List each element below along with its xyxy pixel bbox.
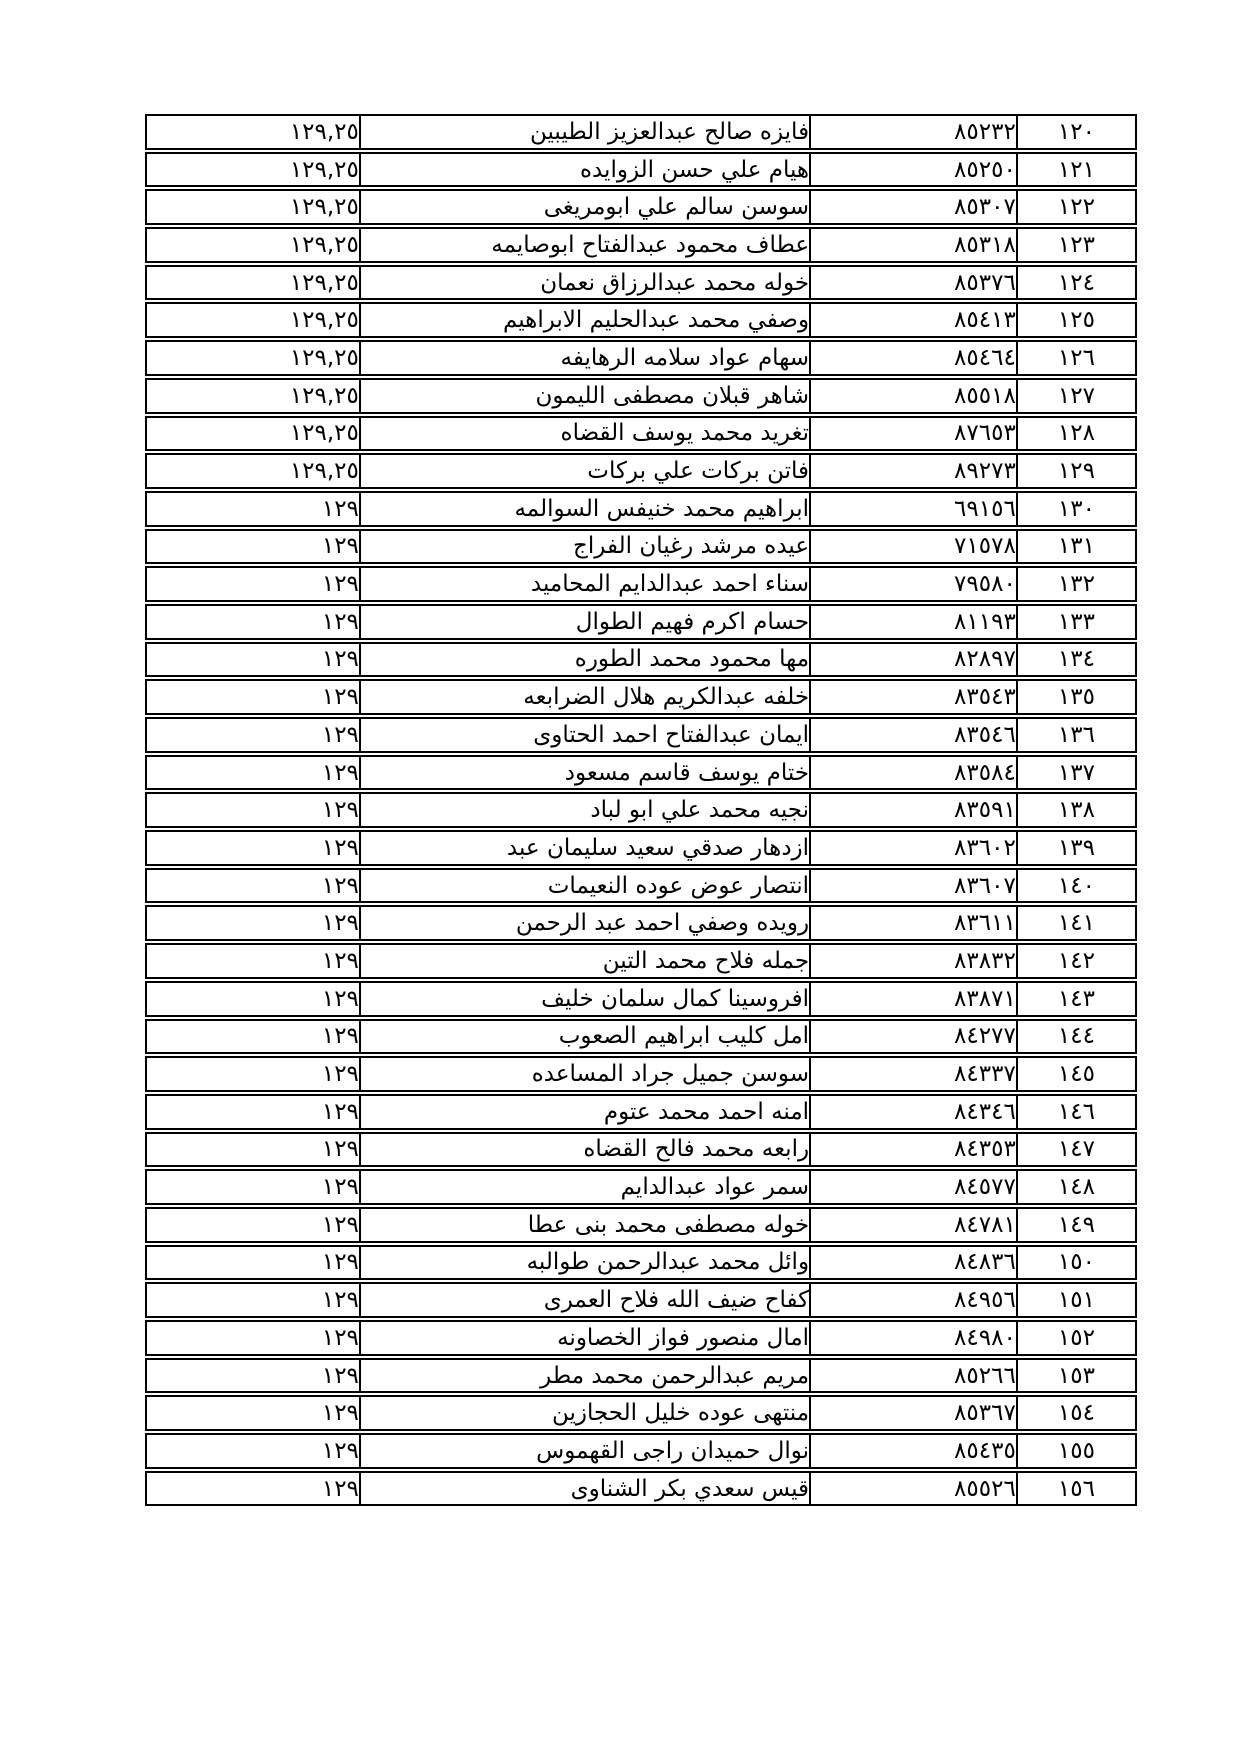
candidate-id-cell: ٧١٥٧٨: [809, 529, 1016, 565]
row-number-cell: ١٢٥: [1016, 302, 1137, 338]
candidate-id-cell: ٨٣٦١١: [809, 905, 1016, 941]
row-number-cell: ١٣١: [1016, 529, 1137, 565]
table-row: ١٤٣ ٨٣٨٧١ افروسينا كمال سلمان خليف ١٢٩: [145, 981, 1137, 1017]
score-cell: ١٢٩: [145, 1094, 359, 1130]
table-row: ١٣٤ ٨٢٨٩٧ مها محمود محمد الطوره ١٢٩: [145, 642, 1137, 678]
table-row: ١٢٢ ٨٥٣٠٧ سوسن سالم علي ابومريغى ١٢٩,٢٥: [145, 189, 1137, 225]
row-number-cell: ١٤٥: [1016, 1056, 1137, 1092]
table-row: ١٤٤ ٨٤٢٧٧ امل كليب ابراهيم الصعوب ١٢٩: [145, 1019, 1137, 1055]
score-cell: ١٢٩: [145, 1245, 359, 1281]
candidate-name-cell: افروسينا كمال سلمان خليف: [359, 981, 809, 1017]
row-number-cell: ١٢٢: [1016, 189, 1137, 225]
candidate-id-cell: ٨٥٢٥٠: [809, 152, 1016, 188]
candidate-name-cell: قيس سعدي بكر الشناوى: [359, 1471, 809, 1507]
row-number-cell: ١٣٨: [1016, 792, 1137, 828]
candidate-id-cell: ٨٥٣٠٧: [809, 189, 1016, 225]
table-row: ١٥١ ٨٤٩٥٦ كفاح ضيف الله فلاح العمرى ١٢٩: [145, 1282, 1137, 1318]
table-row: ١٤١ ٨٣٦١١ رويده وصفي احمد عبد الرحمن ١٢٩: [145, 905, 1137, 941]
candidate-name-cell: امل كليب ابراهيم الصعوب: [359, 1019, 809, 1055]
candidate-id-cell: ٨٥٢٣٢: [809, 114, 1016, 150]
candidate-name-cell: سمر عواد عبدالدايم: [359, 1169, 809, 1205]
row-number-cell: ١٢٧: [1016, 378, 1137, 414]
table-row: ١٢٠ ٨٥٢٣٢ فايزه صالح عبدالعزيز الطيبين ١…: [145, 114, 1137, 150]
document-page: ١٢٠ ٨٥٢٣٢ فايزه صالح عبدالعزيز الطيبين ١…: [0, 0, 1240, 1754]
score-cell: ١٢٩,٢٥: [145, 340, 359, 376]
table-row: ١٤٨ ٨٤٥٧٧ سمر عواد عبدالدايم ١٢٩: [145, 1169, 1137, 1205]
score-cell: ١٢٩: [145, 529, 359, 565]
row-number-cell: ١٤٩: [1016, 1207, 1137, 1243]
score-cell: ١٢٩: [145, 755, 359, 791]
candidate-name-cell: سوسن سالم علي ابومريغى: [359, 189, 809, 225]
table-row: ١٣٦ ٨٣٥٤٦ ايمان عبدالفتاح احمد الحتاوى ١…: [145, 717, 1137, 753]
row-number-cell: ١٥١: [1016, 1282, 1137, 1318]
row-number-cell: ١٣٢: [1016, 566, 1137, 602]
score-cell: ١٢٩,٢٥: [145, 302, 359, 338]
score-cell: ١٢٩,٢٥: [145, 416, 359, 452]
candidate-name-cell: رويده وصفي احمد عبد الرحمن: [359, 905, 809, 941]
score-cell: ١٢٩,٢٥: [145, 189, 359, 225]
candidate-name-cell: امنه احمد محمد عتوم: [359, 1094, 809, 1130]
score-cell: ١٢٩,٢٥: [145, 152, 359, 188]
candidate-id-cell: ٨٥٤١٣: [809, 302, 1016, 338]
candidate-name-cell: كفاح ضيف الله فلاح العمرى: [359, 1282, 809, 1318]
table-row: ١٥٠ ٨٤٨٣٦ وائل محمد عبدالرحمن طوالبه ١٢٩: [145, 1245, 1137, 1281]
candidate-name-cell: شاهر قبلان مصطفى الليمون: [359, 378, 809, 414]
table-row: ١٢١ ٨٥٢٥٠ هيام علي حسن الزوايده ١٢٩,٢٥: [145, 152, 1137, 188]
candidate-name-cell: ايمان عبدالفتاح احمد الحتاوى: [359, 717, 809, 753]
score-cell: ١٢٩: [145, 1395, 359, 1431]
score-cell: ١٢٩: [145, 1320, 359, 1356]
candidate-name-cell: وائل محمد عبدالرحمن طوالبه: [359, 1245, 809, 1281]
row-number-cell: ١٣٤: [1016, 642, 1137, 678]
candidate-id-cell: ٨٣٥٨٤: [809, 755, 1016, 791]
row-number-cell: ١٣٥: [1016, 679, 1137, 715]
results-table-body: ١٢٠ ٨٥٢٣٢ فايزه صالح عبدالعزيز الطيبين ١…: [145, 114, 1137, 1506]
row-number-cell: ١٤٦: [1016, 1094, 1137, 1130]
candidate-id-cell: ٨٤٩٨٠: [809, 1320, 1016, 1356]
row-number-cell: ١٥٤: [1016, 1395, 1137, 1431]
row-number-cell: ١٣٩: [1016, 830, 1137, 866]
candidate-id-cell: ٨٤٧٨١: [809, 1207, 1016, 1243]
results-table: ١٢٠ ٨٥٢٣٢ فايزه صالح عبدالعزيز الطيبين ١…: [145, 112, 1137, 1508]
score-cell: ١٢٩: [145, 1282, 359, 1318]
candidate-name-cell: فاتن بركات علي بركات: [359, 453, 809, 489]
candidate-id-cell: ٨٤٩٥٦: [809, 1282, 1016, 1318]
row-number-cell: ١٥٦: [1016, 1471, 1137, 1507]
score-cell: ١٢٩: [145, 905, 359, 941]
candidate-name-cell: حسام اكرم فهيم الطوال: [359, 604, 809, 640]
candidate-name-cell: مها محمود محمد الطوره: [359, 642, 809, 678]
candidate-name-cell: خوله محمد عبدالرزاق نعمان: [359, 265, 809, 301]
candidate-name-cell: انتصار عوض عوده النعيمات: [359, 868, 809, 904]
candidate-id-cell: ٨٥٢٦٦: [809, 1358, 1016, 1394]
candidate-id-cell: ٨٥٥٢٦: [809, 1471, 1016, 1507]
score-cell: ١٢٩: [145, 1471, 359, 1507]
candidate-id-cell: ٨٣٥٤٣: [809, 679, 1016, 715]
candidate-name-cell: منتهى عوده خليل الحجازين: [359, 1395, 809, 1431]
row-number-cell: ١٢٦: [1016, 340, 1137, 376]
candidate-name-cell: وصفي محمد عبدالحليم الابراهيم: [359, 302, 809, 338]
candidate-id-cell: ٧٩٥٨٠: [809, 566, 1016, 602]
candidate-id-cell: ٨٤٣٣٧: [809, 1056, 1016, 1092]
table-row: ١٣٢ ٧٩٥٨٠ سناء احمد عبدالدايم المحاميد ١…: [145, 566, 1137, 602]
row-number-cell: ١٥٣: [1016, 1358, 1137, 1394]
score-cell: ١٢٩: [145, 679, 359, 715]
candidate-id-cell: ٨٤٨٣٦: [809, 1245, 1016, 1281]
candidate-name-cell: مريم عبدالرحمن محمد مطر: [359, 1358, 809, 1394]
candidate-name-cell: ابراهيم محمد خنيفس السوالمه: [359, 491, 809, 527]
candidate-name-cell: نجيه محمد علي ابو لباد: [359, 792, 809, 828]
candidate-id-cell: ٨٣٨٣٢: [809, 943, 1016, 979]
score-cell: ١٢٩: [145, 1132, 359, 1168]
row-number-cell: ١٥٠: [1016, 1245, 1137, 1281]
table-row: ١٣٧ ٨٣٥٨٤ ختام يوسف قاسم مسعود ١٢٩: [145, 755, 1137, 791]
table-row: ١٤٦ ٨٤٣٤٦ امنه احمد محمد عتوم ١٢٩: [145, 1094, 1137, 1130]
score-cell: ١٢٩,٢٥: [145, 265, 359, 301]
row-number-cell: ١٥٢: [1016, 1320, 1137, 1356]
score-cell: ١٢٩,٢٥: [145, 453, 359, 489]
candidate-name-cell: سوسن جميل جراد المساعده: [359, 1056, 809, 1092]
candidate-id-cell: ٨٣٨٧١: [809, 981, 1016, 1017]
candidate-name-cell: تغريد محمد يوسف القضاه: [359, 416, 809, 452]
candidate-name-cell: ختام يوسف قاسم مسعود: [359, 755, 809, 791]
candidate-name-cell: خلفه عبدالكريم هلال الضرابعه: [359, 679, 809, 715]
score-cell: ١٢٩: [145, 830, 359, 866]
table-row: ١٤٩ ٨٤٧٨١ خوله مصطفى محمد بنى عطا ١٢٩: [145, 1207, 1137, 1243]
row-number-cell: ١٤٤: [1016, 1019, 1137, 1055]
score-cell: ١٢٩,٢٥: [145, 378, 359, 414]
table-row: ١٥٦ ٨٥٥٢٦ قيس سعدي بكر الشناوى ١٢٩: [145, 1471, 1137, 1507]
candidate-id-cell: ٨٤٣٥٣: [809, 1132, 1016, 1168]
score-cell: ١٢٩: [145, 642, 359, 678]
candidate-name-cell: نوال حميدان راجى القهموس: [359, 1433, 809, 1469]
row-number-cell: ١٢٠: [1016, 114, 1137, 150]
candidate-name-cell: سناء احمد عبدالدايم المحاميد: [359, 566, 809, 602]
row-number-cell: ١٤٣: [1016, 981, 1137, 1017]
candidate-id-cell: ٨١١٩٣: [809, 604, 1016, 640]
score-cell: ١٢٩: [145, 717, 359, 753]
table-row: ١٥٢ ٨٤٩٨٠ امال منصور فواز الخصاونه ١٢٩: [145, 1320, 1137, 1356]
table-row: ١٤٧ ٨٤٣٥٣ رابعه محمد فالح القضاه ١٢٩: [145, 1132, 1137, 1168]
candidate-id-cell: ٨٧٦٥٣: [809, 416, 1016, 452]
row-number-cell: ١٣٣: [1016, 604, 1137, 640]
candidate-name-cell: خوله مصطفى محمد بنى عطا: [359, 1207, 809, 1243]
candidate-name-cell: جمله فلاح محمد التين: [359, 943, 809, 979]
candidate-id-cell: ٨٥٣٦٧: [809, 1395, 1016, 1431]
row-number-cell: ١٣٧: [1016, 755, 1137, 791]
candidate-name-cell: فايزه صالح عبدالعزيز الطيبين: [359, 114, 809, 150]
table-row: ١٢٦ ٨٥٤٦٤ سهام عواد سلامه الرهايفه ١٢٩,٢…: [145, 340, 1137, 376]
score-cell: ١٢٩: [145, 1358, 359, 1394]
row-number-cell: ١٢١: [1016, 152, 1137, 188]
candidate-id-cell: ٨٣٦٠٧: [809, 868, 1016, 904]
row-number-cell: ١٢٨: [1016, 416, 1137, 452]
table-row: ١٣٨ ٨٣٥٩١ نجيه محمد علي ابو لباد ١٢٩: [145, 792, 1137, 828]
candidate-id-cell: ٨٩٢٧٣: [809, 453, 1016, 489]
table-row: ١٣٥ ٨٣٥٤٣ خلفه عبدالكريم هلال الضرابعه ١…: [145, 679, 1137, 715]
score-cell: ١٢٩: [145, 981, 359, 1017]
candidate-name-cell: عيده مرشد رغيان الفراج: [359, 529, 809, 565]
table-row: ١٢٩ ٨٩٢٧٣ فاتن بركات علي بركات ١٢٩,٢٥: [145, 453, 1137, 489]
score-cell: ١٢٩: [145, 1433, 359, 1469]
score-cell: ١٢٩,٢٥: [145, 227, 359, 263]
row-number-cell: ١٣٠: [1016, 491, 1137, 527]
score-cell: ١٢٩: [145, 1019, 359, 1055]
row-number-cell: ١٤١: [1016, 905, 1137, 941]
candidate-id-cell: ٦٩١٥٦: [809, 491, 1016, 527]
table-row: ١٣٠ ٦٩١٥٦ ابراهيم محمد خنيفس السوالمه ١٢…: [145, 491, 1137, 527]
table-row: ١٢٣ ٨٥٣١٨ عطاف محمود عبدالفتاح ابوصايمه …: [145, 227, 1137, 263]
row-number-cell: ١٢٤: [1016, 265, 1137, 301]
row-number-cell: ١٢٣: [1016, 227, 1137, 263]
table-row: ١٣٣ ٨١١٩٣ حسام اكرم فهيم الطوال ١٢٩: [145, 604, 1137, 640]
candidate-name-cell: سهام عواد سلامه الرهايفه: [359, 340, 809, 376]
row-number-cell: ١٣٦: [1016, 717, 1137, 753]
score-cell: ١٢٩: [145, 792, 359, 828]
candidate-name-cell: امال منصور فواز الخصاونه: [359, 1320, 809, 1356]
candidate-name-cell: عطاف محمود عبدالفتاح ابوصايمه: [359, 227, 809, 263]
candidate-id-cell: ٨٣٥٩١: [809, 792, 1016, 828]
table-row: ١٢٨ ٨٧٦٥٣ تغريد محمد يوسف القضاه ١٢٩,٢٥: [145, 416, 1137, 452]
score-cell: ١٢٩: [145, 604, 359, 640]
table-row: ١٣١ ٧١٥٧٨ عيده مرشد رغيان الفراج ١٢٩: [145, 529, 1137, 565]
score-cell: ١٢٩: [145, 1169, 359, 1205]
table-row: ١٥٥ ٨٥٤٣٥ نوال حميدان راجى القهموس ١٢٩: [145, 1433, 1137, 1469]
score-cell: ١٢٩: [145, 491, 359, 527]
candidate-name-cell: رابعه محمد فالح القضاه: [359, 1132, 809, 1168]
score-cell: ١٢٩,٢٥: [145, 114, 359, 150]
row-number-cell: ١٢٩: [1016, 453, 1137, 489]
candidate-id-cell: ٨٥٤٣٥: [809, 1433, 1016, 1469]
candidate-id-cell: ٨٤٢٧٧: [809, 1019, 1016, 1055]
candidate-id-cell: ٨٥٥١٨: [809, 378, 1016, 414]
candidate-id-cell: ٨٥٤٦٤: [809, 340, 1016, 376]
score-cell: ١٢٩: [145, 1207, 359, 1243]
table-row: ١٢٤ ٨٥٣٧٦ خوله محمد عبدالرزاق نعمان ١٢٩,…: [145, 265, 1137, 301]
row-number-cell: ١٤٢: [1016, 943, 1137, 979]
candidate-name-cell: هيام علي حسن الزوايده: [359, 152, 809, 188]
score-cell: ١٢٩: [145, 868, 359, 904]
score-cell: ١٢٩: [145, 943, 359, 979]
table-row: ١٥٤ ٨٥٣٦٧ منتهى عوده خليل الحجازين ١٢٩: [145, 1395, 1137, 1431]
candidate-id-cell: ٨٤٣٤٦: [809, 1094, 1016, 1130]
candidate-id-cell: ٨٣٥٤٦: [809, 717, 1016, 753]
row-number-cell: ١٤٠: [1016, 868, 1137, 904]
table-row: ١٥٣ ٨٥٢٦٦ مريم عبدالرحمن محمد مطر ١٢٩: [145, 1358, 1137, 1394]
table-row: ١٢٥ ٨٥٤١٣ وصفي محمد عبدالحليم الابراهيم …: [145, 302, 1137, 338]
table-row: ١٢٧ ٨٥٥١٨ شاهر قبلان مصطفى الليمون ١٢٩,٢…: [145, 378, 1137, 414]
candidate-id-cell: ٨٣٦٠٢: [809, 830, 1016, 866]
row-number-cell: ١٤٧: [1016, 1132, 1137, 1168]
candidate-id-cell: ٨٥٣٧٦: [809, 265, 1016, 301]
table-row: ١٣٩ ٨٣٦٠٢ ازدهار صدقي سعيد سليمان عبد ١٢…: [145, 830, 1137, 866]
candidate-id-cell: ٨٤٥٧٧: [809, 1169, 1016, 1205]
table-row: ١٤٠ ٨٣٦٠٧ انتصار عوض عوده النعيمات ١٢٩: [145, 868, 1137, 904]
candidate-id-cell: ٨٥٣١٨: [809, 227, 1016, 263]
table-row: ١٤٢ ٨٣٨٣٢ جمله فلاح محمد التين ١٢٩: [145, 943, 1137, 979]
row-number-cell: ١٥٥: [1016, 1433, 1137, 1469]
candidate-id-cell: ٨٢٨٩٧: [809, 642, 1016, 678]
score-cell: ١٢٩: [145, 1056, 359, 1092]
row-number-cell: ١٤٨: [1016, 1169, 1137, 1205]
score-cell: ١٢٩: [145, 566, 359, 602]
table-row: ١٤٥ ٨٤٣٣٧ سوسن جميل جراد المساعده ١٢٩: [145, 1056, 1137, 1092]
candidate-name-cell: ازدهار صدقي سعيد سليمان عبد: [359, 830, 809, 866]
